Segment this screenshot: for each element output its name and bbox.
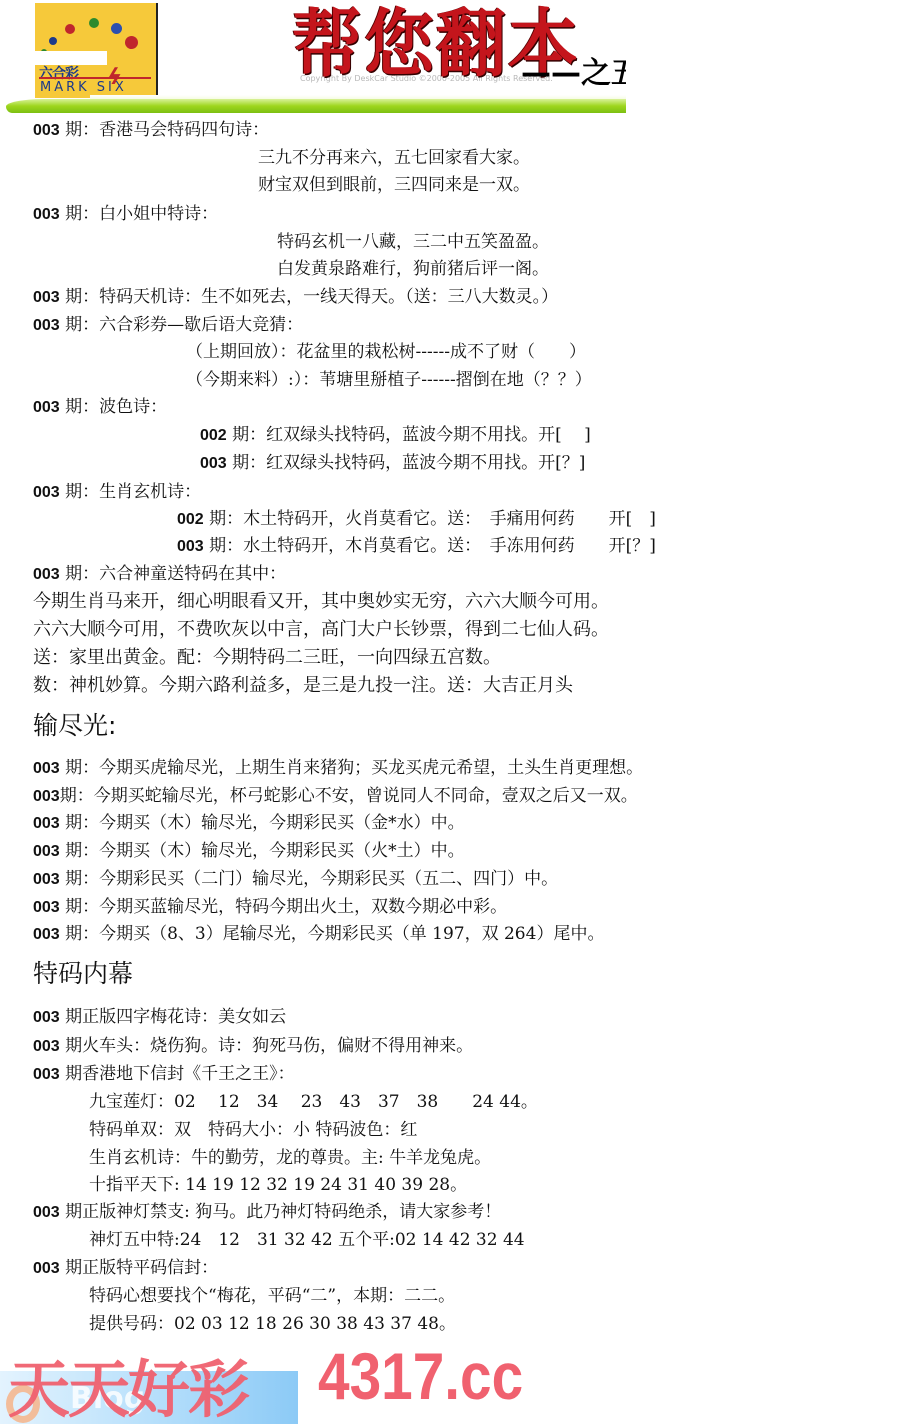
wave-color-line: 002 期：红双绿头找特码，蓝波今期不用找。开[ ] xyxy=(200,423,591,448)
poem-line: 今期生肖马来开，细心明眼看又开，其中奥妙实无穷，六六大顺今可用。 xyxy=(33,590,609,614)
item-text: 期：今期买虎输尽光，上期生肖来猪狗；买龙买虎元希望，土头生肖更理想。 xyxy=(60,758,643,778)
period-number: 003 xyxy=(33,760,60,777)
poem-line: 三九不分再来六，五七回家看大家。 xyxy=(258,146,530,170)
list-item: 003 期正版神灯禁支: 狗马。此乃神灯特码绝杀，请大家参考！ xyxy=(33,1200,501,1225)
period-number: 003 xyxy=(33,1038,60,1055)
heading-text: 期：白小姐中特诗： xyxy=(60,204,218,224)
logo-ball-icon xyxy=(125,36,138,49)
period-number: 003 xyxy=(33,484,60,501)
period-number: 003 xyxy=(33,1204,60,1221)
section-heading: 003 期：六合彩券—歇后语大竞猜： xyxy=(33,313,303,338)
item-text: 期：今期买（8、3）尾输尽光，今期彩民买（单 197，双 264）尾中。 xyxy=(60,924,605,944)
watermark-cn: 天天好彩 xyxy=(8,1340,248,1424)
period-number: 003 xyxy=(33,122,60,139)
period-number: 003 xyxy=(33,788,60,805)
riddle-line: （今期来料）:）：苇塘里掰植子------摺倒在地（？？） xyxy=(186,368,592,392)
section-heading: 003 期：白小姐中特诗： xyxy=(33,202,218,227)
poem-line: 送：家里出黄金。配：今期特码二三旺，一向四绿五宫数。 xyxy=(33,646,501,670)
header-banner: 六合彩 ϟ MARK SIX Copyright By DeskCar Stud… xyxy=(0,0,626,118)
wave-color-line: 003 期：红双绿头找特码，蓝波今期不用找。开[？] xyxy=(200,451,585,476)
list-item: 003 期火车头：烧伤狗。诗：狗死马伤，偏财不得用神来。 xyxy=(33,1034,473,1059)
period-number: 003 xyxy=(177,538,204,555)
section-heading: 003 期：生肖玄机诗： xyxy=(33,480,201,505)
section-heading: 003 期：特码天机诗：生不如死去，一线天得天。（送：三八大数灵。） xyxy=(33,285,558,310)
item-text: 期正版四字梅花诗：美女如云 xyxy=(60,1007,286,1027)
line-text: 期：红双绿头找特码，蓝波今期不用找。开[ ] xyxy=(227,425,591,445)
poem-line: 数：神机妙算。今期六路利益多，是三是九投一注。送：大吉正月头 xyxy=(33,674,573,698)
heading-text: 期：生肖玄机诗： xyxy=(60,482,201,502)
section-heading: 003 期：香港马会特码四句诗： xyxy=(33,118,269,143)
line-text: 期：红双绿头找特码，蓝波今期不用找。开[？] xyxy=(227,453,586,473)
list-item: 003 期：今期买（8、3）尾输尽光，今期彩民买（单 197，双 264）尾中。 xyxy=(33,922,604,947)
item-text: 期正版特平码信封： xyxy=(60,1258,218,1278)
mark-six-logo: 六合彩 ϟ MARK SIX xyxy=(35,3,158,98)
item-text: 期：今期买（木）输尽光，今期彩民买（金*水）中。 xyxy=(60,813,465,833)
watermark-url: 4317.cc xyxy=(318,1338,523,1414)
item-text: 期香港地下信封《千王之王》： xyxy=(60,1064,295,1084)
item-text: 期火车头：烧伤狗。诗：狗死马伤，偏财不得用神来。 xyxy=(60,1036,473,1056)
riddle-line: （上期回放）：花盆里的栽松树------成不了财（ ） xyxy=(186,340,586,364)
list-item: 003 期：今期买蓝输尽光，特码今期出火土，双数今期必中彩。 xyxy=(33,895,507,920)
poem-line: 财宝双但到眼前，三四同来是一双。 xyxy=(258,173,530,197)
logo-divider xyxy=(39,77,151,79)
heading-text: 期：六合彩券—歇后语大竞猜： xyxy=(60,315,303,335)
period-number: 003 xyxy=(33,1260,60,1277)
list-item: 003 期：今期买（木）输尽光，今期彩民买（火*土）中。 xyxy=(33,839,465,864)
envelope-line: 九宝莲灯：02 12 34 23 43 37 38 24 44。 xyxy=(89,1090,538,1114)
section-heading: 003 期：六合神童送特码在其中： xyxy=(33,562,286,587)
poem-line: 白发黄泉路难行，狗前猪后评一阁。 xyxy=(277,257,549,281)
envelope-line: 提供号码：02 03 12 18 26 30 38 43 37 48。 xyxy=(89,1312,456,1336)
item-text: 期：今期买蓝输尽光，特码今期出火土，双数今期必中彩。 xyxy=(60,897,507,917)
period-number: 003 xyxy=(33,399,60,416)
period-number: 003 xyxy=(33,843,60,860)
page-subtitle: ——之五 xyxy=(521,48,626,92)
envelope-line: 十指平天下: 14 19 12 32 19 24 31 40 39 28。 xyxy=(89,1173,467,1197)
logo-ball-icon xyxy=(111,23,122,34)
item-text: 期：今期买蛇输尽光，杯弓蛇影心不安，曾说同人不同命，壹双之后又一双。 xyxy=(60,786,638,806)
period-number: 003 xyxy=(33,206,60,223)
poem-line: 六六大顺今可用，不费吹灰以中言，高门大户长钞票，得到二七仙人码。 xyxy=(33,618,609,642)
period-number: 003 xyxy=(33,289,60,306)
lamp-line: 神灯五中特:24 12 31 32 42 五个平:02 14 42 32 44 xyxy=(89,1228,525,1252)
envelope-line: 生肖玄机诗：牛的勤劳，龙的尊贵。主: 牛羊龙兔虎。 xyxy=(89,1146,491,1170)
envelope-line: 特码心想要找个“梅花，平码“二”，本期：二二。 xyxy=(89,1284,455,1308)
list-item: 003 期正版四字梅花诗：美女如云 xyxy=(33,1005,286,1030)
period-number: 003 xyxy=(33,566,60,583)
heading-text: 期：波色诗： xyxy=(60,397,167,417)
envelope-line: 特码单双：双 特码大小：小 特码波色：红 xyxy=(89,1118,417,1142)
period-number: 003 xyxy=(33,871,60,888)
heading-text: 期：六合神童送特码在其中： xyxy=(60,564,286,584)
logo-ball-icon xyxy=(65,24,75,34)
item-text: 期：今期买（木）输尽光，今期彩民买（火*土）中。 xyxy=(60,841,465,861)
heading-text: 期：香港马会特码四句诗： xyxy=(60,120,269,140)
item-text: 期：今期彩民买（二门）输尽光，今期彩民买（五二、四门）中。 xyxy=(60,869,558,889)
list-item: 003 期：今期买虎输尽光，上期生肖来猪狗；买龙买虎元希望，土头生肖更理想。 xyxy=(33,756,643,781)
poem-line: 特码玄机一八藏，三二中五笑盈盈。 xyxy=(277,230,549,254)
list-item: 003 期：今期买（木）输尽光，今期彩民买（金*水）中。 xyxy=(33,811,465,836)
period-number: 002 xyxy=(200,427,227,444)
section-heading: 003 期：波色诗： xyxy=(33,395,167,420)
item-text: 期正版神灯禁支: 狗马。此乃神灯特码绝杀，请大家参考！ xyxy=(60,1202,502,1222)
line-text: 期：木土特码开，火肖莫看它。送： 手痛用何药 开[ ] xyxy=(204,509,656,529)
period-number: 002 xyxy=(177,511,204,528)
line-text: 期：水土特码开，木肖莫看它。送： 手冻用何药 开[？] xyxy=(204,536,656,556)
logo-ball-icon xyxy=(49,37,57,45)
period-number: 003 xyxy=(33,926,60,943)
period-number: 003 xyxy=(33,1066,60,1083)
period-number: 003 xyxy=(33,899,60,916)
period-number: 003 xyxy=(200,455,227,472)
list-item: 003 期：今期彩民买（二门）输尽光，今期彩民买（五二、四门）中。 xyxy=(33,867,558,892)
period-number: 003 xyxy=(33,815,60,832)
period-number: 003 xyxy=(33,317,60,334)
zodiac-line: 002 期：木土特码开，火肖莫看它。送： 手痛用何药 开[ ] xyxy=(177,507,656,532)
period-number: 003 xyxy=(33,1009,60,1026)
section-title-lose-all: 输尽光: xyxy=(33,710,116,742)
section-title-insider: 特码内幕 xyxy=(33,958,133,990)
logo-ball-icon xyxy=(89,18,99,28)
banner-green-swoosh xyxy=(6,99,626,113)
logo-en-text: MARK SIX xyxy=(40,80,127,95)
heading-text: 期：特码天机诗：生不如死去，一线天得天。（送：三八大数灵。） xyxy=(60,287,558,307)
list-item: 003 期香港地下信封《千王之王》： xyxy=(33,1062,295,1087)
zodiac-line: 003 期：水土特码开，木肖莫看它。送： 手冻用何药 开[？] xyxy=(177,534,656,559)
list-item: 003 期正版特平码信封： xyxy=(33,1256,218,1281)
list-item: 003期：今期买蛇输尽光，杯弓蛇影心不安，曾说同人不同命，壹双之后又一双。 xyxy=(33,784,638,809)
